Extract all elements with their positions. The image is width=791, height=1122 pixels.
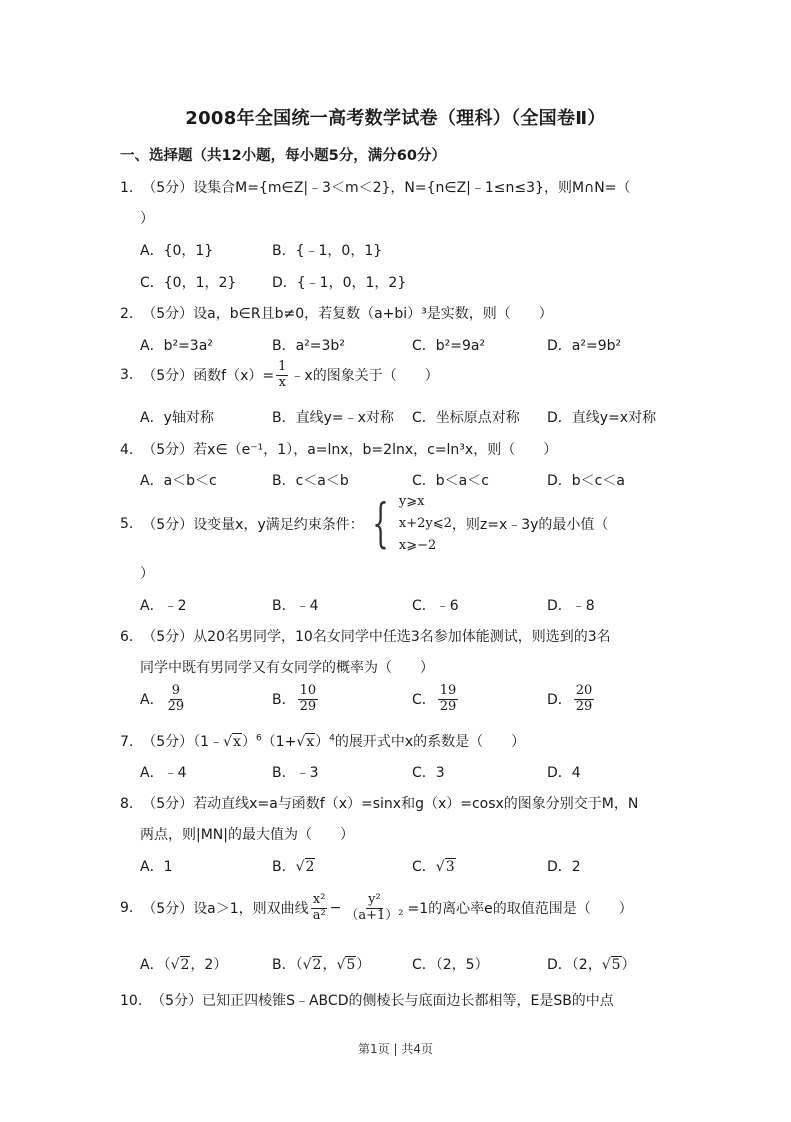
fraction: 1x — [276, 360, 288, 391]
option-9a: A．（√2，2） — [140, 954, 227, 974]
option-8c: C．√3 — [412, 856, 456, 876]
option-6b: B． 1029 — [272, 684, 320, 715]
sqrt-icon: √2 — [171, 956, 191, 973]
option-2d: D．a²=9b² — [547, 335, 621, 355]
question-9-text: 9. （5分）设a＞1，则双曲线 x²a² − y²（a+1）² =1的离心率e… — [120, 888, 633, 928]
option-4b: B．c＜a＜b — [272, 470, 349, 490]
option-3b: B．直线y=﹣x对称 — [272, 407, 394, 427]
sqrt-icon: √3 — [436, 858, 456, 875]
option-6d: D． 2029 — [547, 684, 596, 715]
option-1d: D．{﹣1，0，1，2} — [272, 272, 406, 292]
option-8a: A．1 — [140, 856, 172, 876]
question-6-text: 6. （5分）从20名男同学，10名女同学中任选3名参加体能测试，则选到的3名 — [120, 626, 611, 646]
sqrt-icon: √2 — [303, 956, 323, 973]
option-3d: D．直线y=x对称 — [547, 407, 656, 427]
question-4-text: 4. （5分）若x∈（e⁻¹，1），a=lnx，b=2lnx，c=ln³x，则（… — [120, 439, 557, 459]
section-heading: 一、选择题（共12小题，每小题5分，满分60分） — [120, 144, 446, 165]
question-5-text: 5. （5分）设变量x，y满足约束条件： { y⩾x x+2y⩽2 x⩾−2 ，… — [120, 490, 608, 558]
option-7b: B．﹣3 — [272, 762, 319, 782]
option-1b: B．{﹣1，0，1} — [272, 240, 382, 260]
option-6a: A． 929 — [140, 684, 188, 715]
question-7-text: 7. （5分）（1﹣√x）6（1+√x）4的展开式中x的系数是（ ） — [120, 731, 525, 751]
option-9d: D．（2，√5） — [547, 954, 636, 974]
option-1a: A．{0，1} — [140, 240, 213, 260]
question-8-text: 8. （5分）若动直线x=a与函数f（x）=sinx和g（x）=cosx的图象分… — [120, 793, 638, 813]
option-4a: A．a＜b＜c — [140, 470, 217, 490]
option-7d: D．4 — [547, 762, 581, 782]
question-3-text: 3. （5分）函数f（x）= 1x ﹣x的图象关于（ ） — [120, 360, 439, 391]
question-1-text: 1. （5分）设集合M={m∈Z|﹣3＜m＜2}，N={n∈Z|﹣1≤n≤3}，… — [120, 177, 630, 197]
option-2a: A．b²=3a² — [140, 335, 213, 355]
option-3a: A．y轴对称 — [140, 407, 214, 427]
question-10-text: 10. （5分）已知正四棱锥S﹣ABCD的侧棱长与底面边长都相等，E是SB的中点 — [120, 990, 614, 1010]
option-5a: A．﹣2 — [140, 595, 186, 615]
option-1c: C．{0，1，2} — [140, 272, 236, 292]
question-5-text-cont: ） — [140, 563, 154, 583]
exam-title: 2008年全国统一高考数学试卷（理科）（全国卷Ⅱ） — [0, 104, 791, 130]
left-brace-icon: { — [372, 498, 389, 550]
sqrt-icon: √5 — [336, 956, 356, 973]
option-9c: C．（2，5） — [412, 954, 489, 974]
option-5c: C．﹣6 — [412, 595, 459, 615]
option-5d: D．﹣8 — [547, 595, 595, 615]
option-9b: B．（√2，√5） — [272, 954, 370, 974]
question-2-text: 2. （5分）设a，b∈R且b≠0，若复数（a+bi）³是实数，则（ ） — [120, 303, 553, 323]
question-1-text-cont: ） — [140, 208, 154, 228]
sqrt-icon: √x — [223, 733, 242, 750]
question-6-text-cont: 同学中既有男同学又有女同学的概率为（ ） — [140, 657, 434, 677]
constraint-system: { y⩾x x+2y⩽2 x⩾−2 — [364, 491, 452, 557]
question-8-text-cont: 两点，则|MN|的最大值为（ ） — [140, 824, 354, 844]
option-6c: C． 1929 — [412, 684, 460, 715]
option-5b: B．﹣4 — [272, 595, 319, 615]
option-4d: D．b＜c＜a — [547, 470, 625, 490]
option-8b: B．√2 — [272, 856, 315, 876]
option-8d: D．2 — [547, 856, 581, 876]
option-4c: C．b＜a＜c — [412, 470, 489, 490]
sqrt-icon: √5 — [602, 956, 622, 973]
option-3c: C．坐标原点对称 — [412, 407, 520, 427]
page-footer: 第1页 | 共4页 — [0, 1040, 791, 1057]
option-7c: C．3 — [412, 762, 445, 782]
sqrt-icon: √2 — [296, 858, 316, 875]
option-7a: A．﹣4 — [140, 762, 186, 782]
option-2b: B．a²=3b² — [272, 335, 345, 355]
sqrt-icon: √x — [296, 733, 315, 750]
option-2c: C．b²=9a² — [412, 335, 485, 355]
